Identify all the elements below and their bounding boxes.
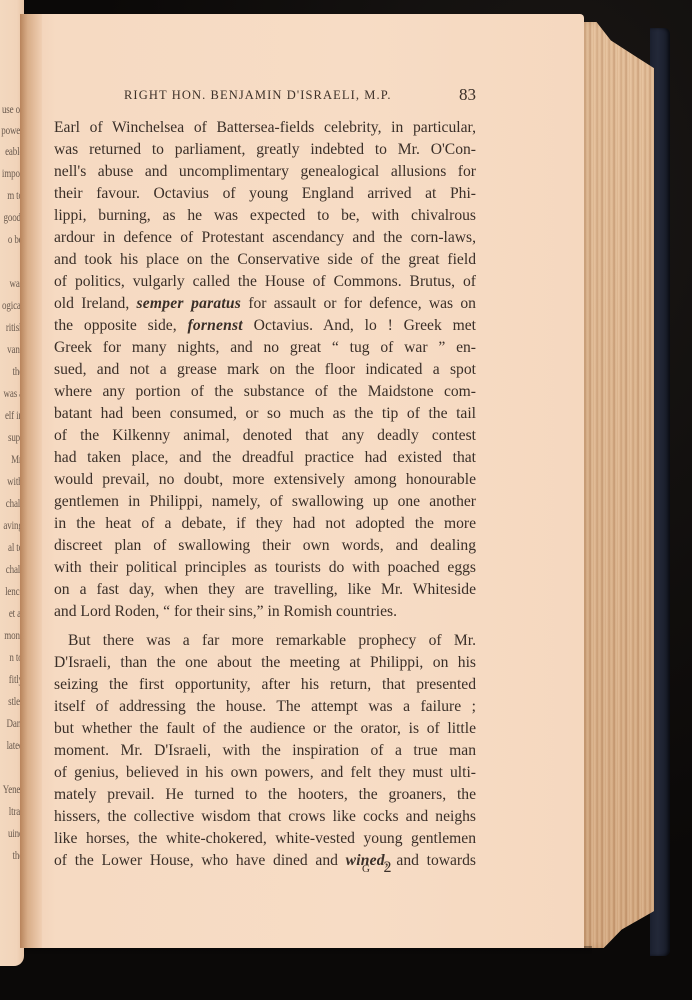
text-line: itself of addressing the house. The atte… xyxy=(54,696,476,718)
text-fragment: of the Lower House, who have dined and xyxy=(54,852,346,869)
body-text: Earl of Winchelsea of Battersea-fields c… xyxy=(54,117,476,872)
text-fragment: for assault or for defence, was on xyxy=(241,295,476,312)
text-line: and Lord Roden, “ for their sins,” in Ro… xyxy=(54,601,476,623)
text-line: sued, and not a grease mark on the floor… xyxy=(54,359,476,381)
text-line: of genius, believed in his own powers, a… xyxy=(54,762,476,784)
text-fragment: old Ireland, xyxy=(54,295,137,312)
text-line: their favour. Octavius of young England … xyxy=(54,183,476,205)
text-fragment: the opposite side, xyxy=(54,317,188,334)
running-head: Right Hon. Benjamin D'Israeli, M.P. xyxy=(124,88,482,103)
text-line: D'Israeli, than the one about the meetin… xyxy=(54,652,476,674)
text-fragment: Octavius. And, lo ! Greek met xyxy=(243,317,476,334)
text-line: and took his place on the Conservative s… xyxy=(54,249,476,271)
italic-phrase: fornenst xyxy=(188,317,243,334)
text-line: but whether the fault of the audience or… xyxy=(54,718,476,740)
text-line: of the Kilkenny animal, denoted that any… xyxy=(54,425,476,447)
text-line: was returned to parliament, greatly inde… xyxy=(54,139,476,161)
text-line: the opposite side, fornenst Octavius. An… xyxy=(54,315,476,337)
page-number: 83 xyxy=(459,85,476,105)
printer-signature: G 2 xyxy=(362,859,396,877)
text-line: with their political principles as touri… xyxy=(54,557,476,579)
paragraph-gap xyxy=(54,623,476,630)
text-line: gentlemen in Philippi, namely, of swallo… xyxy=(54,491,476,513)
text-line: But there was a far more remarkable prop… xyxy=(54,630,476,652)
text-line: of politics, vulgarly called the House o… xyxy=(54,271,476,293)
text-line: moment. Mr. D'Israeli, with the inspirat… xyxy=(54,740,476,762)
text-line: mately prevail. He turned to the hooters… xyxy=(54,784,476,806)
signature-number: 2 xyxy=(383,859,396,876)
text-line: had taken place, and the dreadful practi… xyxy=(54,447,476,469)
italic-phrase: semper paratus xyxy=(137,295,242,312)
text-line: Greek for many nights, and no great “ tu… xyxy=(54,337,476,359)
text-fragment: , and towards xyxy=(385,852,476,869)
text-line: on a fast day, when they are travelling,… xyxy=(54,579,476,601)
text-line: discreet plan of swallowing their own wo… xyxy=(54,535,476,557)
text-line: ardour in defence of Protestant ascendan… xyxy=(54,227,476,249)
text-line: of the Lower House, who have dined and w… xyxy=(54,850,476,872)
text-line: nell's abuse and uncomplimentary genealo… xyxy=(54,161,476,183)
text-line: lippi, burning, as he was expected to be… xyxy=(54,205,476,227)
page-fore-edge xyxy=(582,22,654,948)
text-line: Earl of Winchelsea of Battersea-fields c… xyxy=(54,117,476,139)
signature-letter: G xyxy=(362,863,375,875)
text-line: seizing the first opportunity, after his… xyxy=(54,674,476,696)
text-line: where any portion of the substance of th… xyxy=(54,381,476,403)
text-line: like horses, the white-chokered, white-v… xyxy=(54,828,476,850)
text-line: batant had been consumed, or so much as … xyxy=(54,403,476,425)
text-line: in the heat of a debate, if they had not… xyxy=(54,513,476,535)
text-line: would prevail, no doubt, more extensivel… xyxy=(54,469,476,491)
text-line: old Ireland, semper paratus for assault … xyxy=(54,293,476,315)
text-line: hissers, the collective wisdom that crow… xyxy=(54,806,476,828)
gutter-shadow xyxy=(20,14,42,948)
